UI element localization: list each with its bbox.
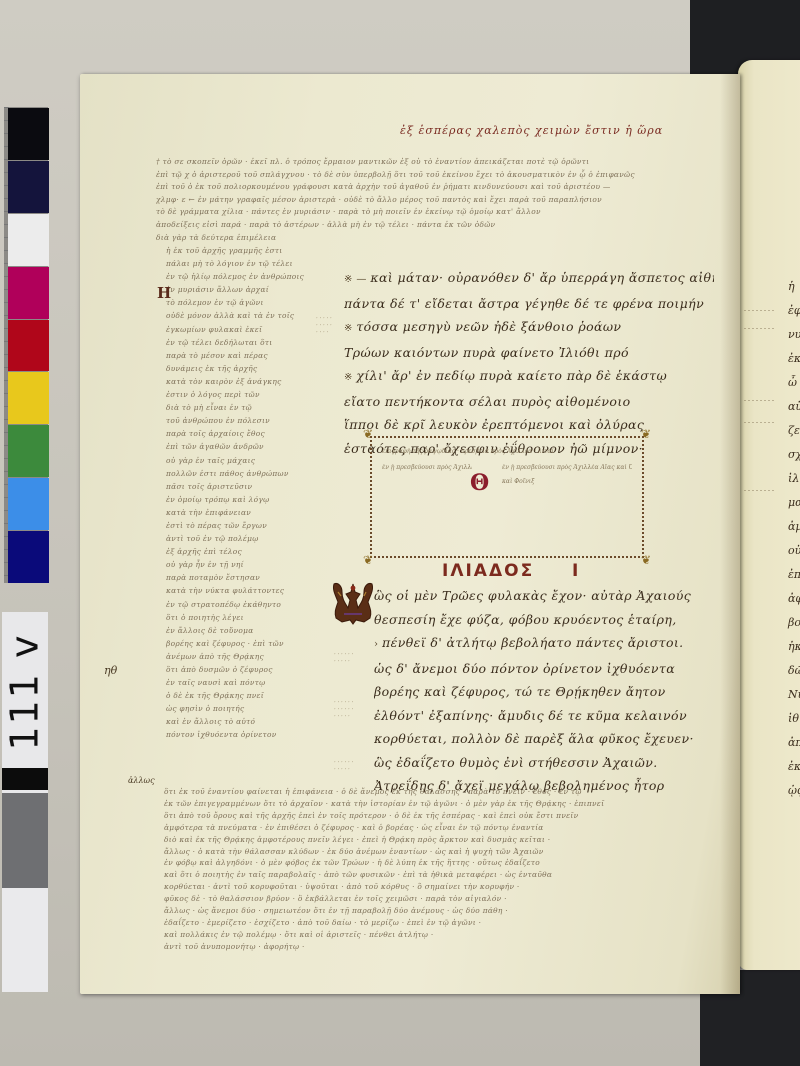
scholia-line: πόντον ἰχθυόεντα ὀρίνετον — [166, 728, 334, 741]
scholia-line: κατὰ τὸν καιρὸν ἐξ ἀνάγκης — [166, 375, 334, 388]
scholia-line: παρὰ ποταμὸν ἔστησαν — [166, 571, 334, 584]
verse-text: ὣς ἐδαΐζετο θυμὸς ἐνὶ στήθεσσιν Ἀχαιῶν. — [374, 755, 658, 770]
illuminated-initial-omega-icon — [330, 578, 376, 628]
flourish-icon: ❦ — [641, 555, 651, 565]
scholia-line: ἀντὶ τοῦ ἐν τῷ πολέμῳ — [166, 532, 334, 545]
folio-number: 111 v — [3, 633, 47, 750]
scholia-line: πᾶσι τοῖς ἀριστεῦσιν — [166, 480, 334, 493]
scholia-line: ἀνέμων ἀπὸ τῆς Θρᾴκης — [166, 650, 334, 663]
color-swatch-red — [8, 320, 49, 372]
color-calibration-strip — [4, 107, 48, 583]
color-swatch-dark-blue — [8, 531, 49, 583]
facing-page-text: ἰλ — [788, 472, 799, 485]
verse-line: Τρώων καιόντων πυρὰ φαίνετο Ἰλιόθι πρό — [344, 341, 714, 365]
decorated-initial-eta: Η — [157, 284, 171, 302]
book-number: Ι — [572, 561, 578, 581]
scholia-line: ὁ δὲ ἐκ τῆς Θρᾴκης πνεῖ — [166, 689, 334, 702]
scholia-line: βορέης καὶ ζέφυρος · ἐπὶ τῶν — [166, 637, 334, 650]
scholia-line: διὰ γὰρ τὰ δεύτερα ἐπιμέλεια — [156, 232, 711, 245]
verse-line: ὡς δ' ἄνεμοι δύο πόντον ὀρίνετον ἰχθυόεν… — [374, 657, 724, 681]
scholia-line: ὅτι ὁ ποιητὴς λέγει — [166, 611, 334, 624]
main-text-lower: ὣς οἱ μὲν Τρῶες φυλακὰς ἔχον· αὐτὰρ Ἀχαι… — [374, 584, 724, 798]
color-swatch-light-blue — [8, 478, 49, 530]
facing-page-text: σχ — [788, 448, 800, 461]
scholia-line: ἀμφότερα τὰ πνεύματα · ἐν ἐπιθέσει ὁ ζέφ… — [164, 822, 716, 834]
scholia-line: διὰ τὸ μὴ εἶναι ἐν τῷ — [166, 401, 334, 414]
scholia-line: ἐν τῷ τέλει δεδήλωται ὅτι — [166, 336, 334, 349]
facing-page-text: αὐ — [788, 400, 800, 413]
verse-line: πάντα δέ τ' εἴδεται ἄστρα γέγηθε δέ τε φ… — [344, 292, 714, 316]
facing-page-gloss — [744, 328, 774, 329]
scholia-line: ὅτι ἐκ τοῦ ἐναντίου φαίνεται ἡ ἐπιφάνεια… — [164, 786, 716, 798]
verse-text: ἐλθόντ' ἐξαπίνης· ἄμυδις δέ τε κῦμα κελα… — [374, 708, 687, 723]
verse-text: ὣς οἱ μὲν Τρῶες φυλακὰς ἔχον· αὐτὰρ Ἀχαι… — [374, 588, 691, 603]
verse-line: ὣς οἱ μὲν Τρῶες φυλακὰς ἔχον· αὐτὰρ Ἀχαι… — [374, 584, 724, 608]
scholia-line: ἐν τῷ στρατοπέδῳ ἐκάθηντο — [166, 598, 334, 611]
grey-swatch-black — [2, 768, 48, 790]
facing-page-text: βοη — [788, 616, 800, 629]
verse-line: ※ — καὶ μάταν· οὐρανόθεν δ' ἄρ ὑπερράγη … — [344, 266, 714, 292]
scholia-line: χλμφ· ε ← ἐν μάτην γραφαῖς μέσον ἀριστερ… — [156, 194, 711, 207]
scholia-line: οὐδὲ μόνον ἀλλὰ καὶ τὰ ἐν τοῖς — [166, 309, 334, 322]
scholia-line: ἀποδείξεις εἰσὶ παρά · παρὰ τὸ ἀστέρων ·… — [156, 219, 711, 232]
flourish-icon: ❦ — [363, 555, 373, 565]
facing-page-text: ἐκ — [788, 760, 800, 773]
verse-line: › πένθεϊ δ' ἀτλήτῳ βεβολήατο πάντες ἄρισ… — [374, 631, 724, 657]
gutter-shadow — [720, 74, 740, 994]
marginal-gloss: · · · · ·· · · · ·· · · · — [316, 316, 342, 337]
scholia-line: καὶ ὅτι ὁ ποιητὴς ἐν ταῖς παραβολαῖς · ἀ… — [164, 869, 716, 881]
critical-sign: ※ — — [344, 274, 370, 285]
scholia-line: τὸ δὲ γράμματα χίλια · πάντες ἐν μυριάσι… — [156, 206, 711, 219]
scholia-line: καὶ ἐν ἄλλοις τὸ αὐτό — [166, 715, 334, 728]
scholia-line: κορθύεται · ἀντὶ τοῦ κορυφοῦται · ὑψοῦτα… — [164, 881, 716, 893]
verse-line: εἴατο πεντήκοντα σέλαι πυρὸς αἰθομένοιο — [344, 390, 714, 414]
scholia-line: πάλαι μὴ τὸ λόγιον ἐν τῷ τέλει — [166, 257, 334, 270]
scholia-line: ἐστὶ τὸ πέρας τῶν ἔργων — [166, 519, 334, 532]
marginal-gloss: · · · · · ·· · · · · ·· · · · · — [334, 700, 364, 721]
verse-text: Τρώων καιόντων πυρὰ φαίνετο Ἰλιόθι πρό — [344, 345, 629, 360]
scholia-line: ἐν ταῖς ναυσὶ καὶ πόντῳ — [166, 676, 334, 689]
scholia-line: δυνάμεις ἐκ τῆς ἀρχῆς — [166, 362, 334, 375]
running-head: ἐξ ἑσπέρας χαλεπὸς χειμὼν ἔστιν ἡ ὥρα — [400, 124, 663, 137]
facing-page-text: ἐπ — [788, 568, 800, 581]
facing-page-text: Νυ — [788, 688, 800, 701]
facing-page-gloss — [744, 422, 774, 423]
main-text-upper: ※ — καὶ μάταν· οὐρανόθεν δ' ἄρ ὑπερράγη … — [344, 266, 714, 460]
folio-card: 111 v — [2, 612, 48, 992]
facing-page-text: ζε — [788, 424, 800, 437]
verse-text: βορέης καὶ ζέφυρος, τώ τε Θρῄκηθεν ἄητον — [374, 684, 666, 699]
scholia-line: παρὰ τὸ μέσον καὶ πέρας — [166, 349, 334, 362]
verse-line: θεσπεσίη ἔχε φύζα, φόβου κρυόεντος ἑταίρ… — [374, 608, 724, 632]
verse-line: κορθύεται, πολλὸν δὲ παρὲξ ἅλα φῦκος ἔχε… — [374, 727, 724, 751]
scholia-line: τοῦ ἀνθρώπου ἐν πόλεσιν — [166, 414, 334, 427]
marginal-gloss: · · · · · ·· · · · · — [334, 652, 364, 666]
facing-page-text: ᾠφ — [788, 784, 800, 797]
margin-siglum: ἀλλως — [128, 776, 155, 785]
facing-page: ἡἐφνυἐκὦαὐζεσχἰλμαἀμοὐτἐπἀφβοηἠκδῶΝυἰθἀπ… — [738, 60, 800, 970]
scholia-line: ὅτι ἀπὸ τοῦ ὄρους καὶ τῆς ἀρχῆς ἐπεὶ ἐν … — [164, 810, 716, 822]
facing-page-text: ἰθ — [788, 712, 799, 725]
verse-line: βορέης καὶ ζέφυρος, τώ τε Θρῄκηθεν ἄητον — [374, 680, 724, 704]
color-swatch-yellow — [8, 372, 49, 424]
scholia-line: ἐν φόβῳ καὶ ἀλγηδόνι · ὁ μὲν φόβος ἐκ τῶ… — [164, 857, 716, 869]
facing-page-gloss — [744, 490, 774, 491]
box-gloss-line: καὶ Φοῖνιξ — [502, 478, 534, 485]
verse-text: καὶ μάταν· οὐρανόθεν δ' ἄρ ὑπερράγη ἄσπε… — [370, 270, 714, 285]
scholia-line: ἐν μυριάσιν ἄλλων ἀρχαί — [166, 283, 334, 296]
grey-swatch-light — [2, 888, 48, 992]
color-swatch-green — [8, 425, 49, 477]
scholia-line: ἀντὶ τοῦ ἀνυπομονήτῳ · ἀφορήτῳ · — [164, 941, 716, 953]
facing-page-text: μα — [788, 496, 800, 509]
upper-scholia: † τὸ σε σκοπεῖν ὁρῶν · ἐκεῖ πλ. ὁ τρόπος… — [156, 156, 711, 244]
verse-line: ἐλθόντ' ἐξαπίνης· ἄμυδις δέ τε κῦμα κελα… — [374, 704, 724, 728]
facing-page-text: ἐκ — [788, 352, 800, 365]
verse-text: εἴατο πεντήκοντα σέλαι πυρὸς αἰθομένοιο — [344, 394, 631, 409]
facing-page-text: νυ — [788, 328, 800, 341]
scholia-line: οὐ γὰρ ἐν ταῖς μάχαις — [166, 454, 334, 467]
scholia-line: ἐπὶ τῷ χ ὁ ἀριστεροῦ τοῦ σπλάγχνου · τὸ … — [156, 169, 711, 182]
grey-swatch-mid — [2, 793, 48, 888]
verse-text: πένθεϊ δ' ἀτλήτῳ βεβολήατο πάντες ἄριστο… — [382, 635, 684, 650]
box-gloss-line: ἐπιγραφὴ τῆς ῥαψῳδίας · πρεσβεία πρὸς Ἀχ… — [382, 448, 554, 455]
scholia-line: ὡς φησὶν ὁ ποιητής — [166, 702, 334, 715]
box-gloss-line: ἐν ᾗ πρεσβεύουσι πρὸς Ἀχιλλέα Αἴας καὶ Ὀ… — [502, 464, 632, 471]
facing-page-text: δῶ — [788, 664, 800, 677]
scholia-line: ἐκ τῶν ἐπιγεγραμμένων ὅτι τὸ ἀρχαῖον · κ… — [164, 798, 716, 810]
critical-sign: ※ — [344, 372, 356, 383]
scholia-line: τὸ πόλεμον ἐν τῷ ἀγῶνι — [166, 296, 334, 309]
scholia-line: ἐδαΐζετο · ἐμερίζετο · ἐσχίζετο · ἀπὸ το… — [164, 917, 716, 929]
verse-text: τόσσα μεσηγὺ νεῶν ἠδὲ ξάνθοιο ῥοάων — [356, 319, 621, 334]
color-swatch-black — [8, 108, 49, 160]
scholia-line: ἡ ἐκ τοῦ ἀρχῆς γραμμῆς ἐστι — [166, 244, 334, 257]
verse-text: ἵπποι δὲ κρῖ λευκὸν ἐρεπτόμενοι καὶ ὀλύρ… — [344, 417, 644, 432]
scholia-line: ἐπὶ τῶν ἀγαθῶν ἀνδρῶν — [166, 440, 334, 453]
color-swatch-white — [8, 214, 49, 266]
facing-page-text: ἡ — [788, 280, 795, 293]
critical-sign: ※ — [344, 323, 356, 334]
color-swatch-navy — [8, 161, 49, 213]
scholia-line: διὸ καὶ ἐκ τῆς Θρᾴκης ἀμφοτέρους πνεῖν λ… — [164, 834, 716, 846]
critical-sign: › — [374, 639, 382, 650]
book-title: ΙΛΙΑΔΟΣ — [442, 561, 534, 581]
facing-page-gloss — [744, 400, 774, 401]
facing-page-text: ἀπ — [788, 736, 800, 749]
scholia-line: ἐγκωμίων φυλακαὶ ἐκεῖ — [166, 323, 334, 336]
scholia-line: οὐ γὰρ ἦν ἐν τῇ νηί — [166, 558, 334, 571]
flourish-icon: ❦ — [363, 429, 373, 439]
scholia-line: ἄλλως · ὁ κατὰ τὴν θάλασσαν κλύδων · ἐκ … — [164, 846, 716, 858]
scholia-line: ἐστιν ὁ λόγος περὶ τῶν — [166, 388, 334, 401]
verse-line: ὣς ἐδαΐζετο θυμὸς ἐνὶ στήθεσσιν Ἀχαιῶν. — [374, 751, 724, 775]
verse-line: ※ χίλι' ἄρ' ἐν πεδίῳ πυρὰ καίετο πὰρ δὲ … — [344, 364, 714, 390]
box-gloss-line: ἐν ᾗ πρεσβεύουσι πρὸς Ἀχιλλέα Αἴας καὶ Ὀ… — [382, 464, 472, 471]
scholia-line: κατὰ τὴν νύκτα φυλάττοντες — [166, 584, 334, 597]
scholia-line: παρὰ τοῖς ἀρχαίοις ἔθος — [166, 427, 334, 440]
marginal-gloss: · · · · · ·· · · · · — [334, 760, 364, 774]
folio-label: 111 v — [2, 612, 48, 772]
rubricated-initial-theta: Θ — [470, 470, 489, 496]
scholia-line: ὅτι ἀπὸ δυσμῶν ὁ ζέφυρος — [166, 663, 334, 676]
scholia-line: ἐν ὁμοίῳ τρόπῳ καὶ λόγῳ — [166, 493, 334, 506]
verse-line: ἵπποι δὲ κρῖ λευκὸν ἐρεπτόμενοι καὶ ὀλύρ… — [344, 413, 714, 437]
scholia-line: † τὸ σε σκοπεῖν ὁρῶν · ἐκεῖ πλ. ὁ τρόπος… — [156, 156, 711, 169]
verse-text: πάντα δέ τ' εἴδεται ἄστρα γέγηθε δέ τε φ… — [344, 296, 704, 311]
scholia-line: πολλῶν ἐστι πάθος ἀνθρώπων — [166, 467, 334, 480]
facing-page-text: οὐτ — [788, 544, 800, 557]
facing-page-text: ἀμ — [788, 520, 800, 533]
scholia-line: καὶ πολλάκις ἐν τῷ πολέμῳ · ὅτι καὶ οἱ ἀ… — [164, 929, 716, 941]
scholia-line: κατὰ τὴν ἐπιφάνειαν — [166, 506, 334, 519]
lower-scholia: ὅτι ἐκ τοῦ ἐναντίου φαίνεται ἡ ἐπιφάνεια… — [164, 786, 716, 953]
verse-line: ※ τόσσα μεσηγὺ νεῶν ἠδὲ ξάνθοιο ῥοάων — [344, 315, 714, 341]
scholia-line: ἐν ἄλλοις δὲ τοὔνομα — [166, 624, 334, 637]
scholia-line: ἐξ ἀρχῆς ἐπὶ τέλος — [166, 545, 334, 558]
facing-page-gloss — [744, 310, 774, 311]
color-swatch-magenta — [8, 267, 49, 319]
ornamental-frame: ❦ ❦ ❦ ❦ ἐπιγραφὴ τῆς ῥαψῳδίας · πρεσβεία… — [370, 436, 644, 558]
facing-page-text: ἠκ — [788, 640, 800, 653]
scholia-line: ἐπὶ τοῦ ὁ ἐκ τοῦ πολιορκουμένου γράφουσι… — [156, 181, 711, 194]
margin-siglum: ηθ — [104, 664, 117, 677]
scholia-line: φῦκος δὲ · τὸ θαλάσσιον βρύον · ὃ ἐκβάλλ… — [164, 893, 716, 905]
verse-text: χίλι' ἄρ' ἐν πεδίῳ πυρὰ καίετο πὰρ δὲ ἑκ… — [356, 368, 667, 383]
facing-page-text: ἀφ — [788, 592, 800, 605]
verse-text: ὡς δ' ἄνεμοι δύο πόντον ὀρίνετον ἰχθυόεν… — [374, 661, 675, 676]
flourish-icon: ❦ — [641, 429, 651, 439]
verse-text: κορθύεται, πολλὸν δὲ παρὲξ ἅλα φῦκος ἔχε… — [374, 731, 694, 746]
facing-page-text: ὦ — [788, 376, 797, 389]
scholia-line: ἄλλως · ὡς ἄνεμοι δύο · σημειωτέον ὅτι ἐ… — [164, 905, 716, 917]
facing-page-text: ἐφ — [788, 304, 800, 317]
left-column-scholia: ἡ ἐκ τοῦ ἀρχῆς γραμμῆς ἐστιπάλαι μὴ τὸ λ… — [166, 244, 334, 742]
verse-text: θεσπεσίη ἔχε φύζα, φόβου κρυόεντος ἑταίρ… — [374, 612, 677, 627]
scholia-line: ἐν τῷ ἡλίῳ πόλεμος ἐν ἀνθρώποις — [166, 270, 334, 283]
